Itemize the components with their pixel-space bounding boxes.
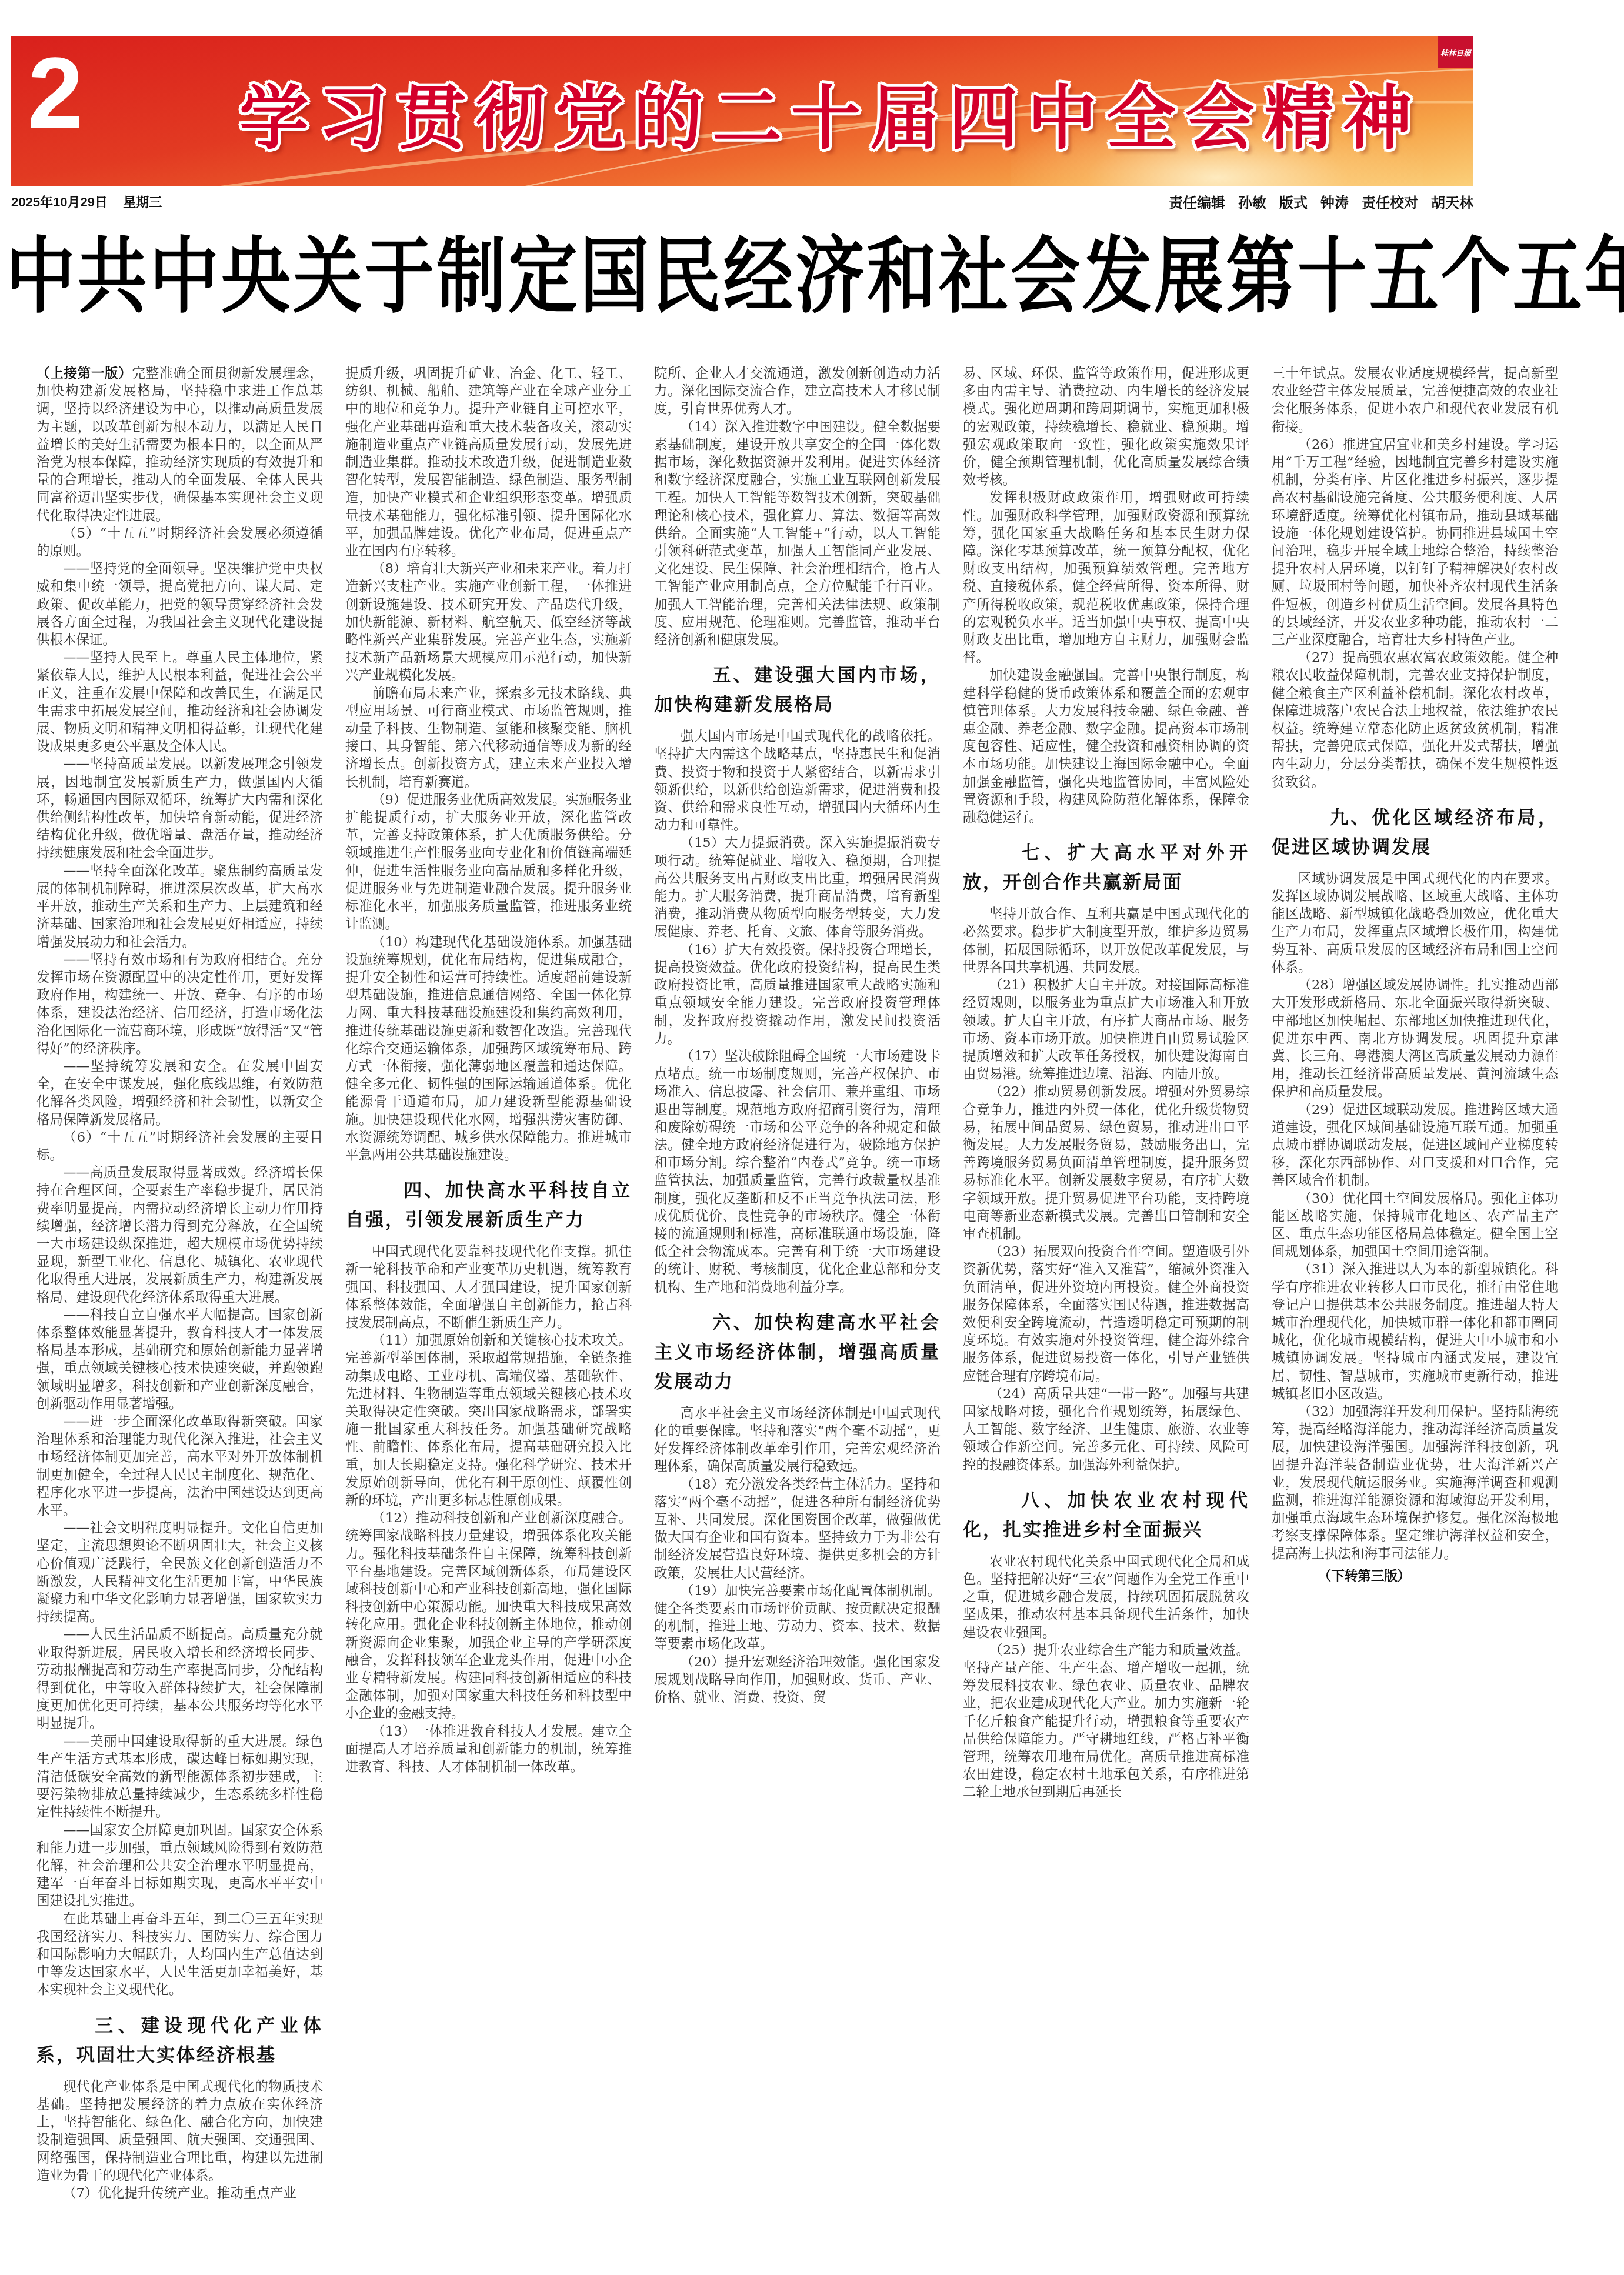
paragraph: （16）扩大有效投资。保持投资合理增长，提高投资效益。优化政府投资结构，提高民生… bbox=[654, 941, 941, 1048]
paragraph: （20）提升宏观经济治理效能。强化国家发展规划战略导向作用，加强财政、货币、产业… bbox=[654, 1653, 941, 1707]
paragraph: ——高质量发展取得显著成效。经济增长保持在合理区间，全要素生产率稳步提升，居民消… bbox=[36, 1164, 323, 1306]
continued-note: （下转第三版） bbox=[1272, 1567, 1558, 1585]
paragraph: （27）提高强农惠农富农政策效能。健全种粮农民收益保障机制，完善农业支持保护制度… bbox=[1272, 649, 1558, 791]
credit-name: 胡天林 bbox=[1431, 191, 1473, 212]
paragraph: （25）提升农业综合生产能力和质量效益。坚持产量产能、生产生态、增产增收一起抓，… bbox=[963, 1642, 1249, 1802]
editor-credits: 责任编辑 孙敏 版式 钟涛 责任校对 胡天林 bbox=[1169, 191, 1473, 212]
article-column: 院所、企业人才交流通道，激发创新创造动力活力。深化国际交流合作，建立高技术人才移… bbox=[654, 365, 941, 2264]
section-heading: 三、建设现代化产业体系，巩固壮大实体经济根基 bbox=[36, 2011, 323, 2070]
paragraph: ——坚持高质量发展。以新发展理念引领发展，因地制宜发展新质生产力，做强国内大循环… bbox=[36, 755, 323, 862]
section-heading: 五、建设强大国内市场，加快构建新发展格局 bbox=[654, 661, 941, 719]
paragraph: （13）一体推进教育科技人才发展。建立全面提高人才培养质量和创新能力的机制，统筹… bbox=[345, 1723, 632, 1776]
paragraph: 易、区域、环保、监管等政策作用，促进形成更多由内需主导、消费拉动、内生增长的经济… bbox=[963, 365, 1249, 489]
paragraph: 区域协调发展是中国式现代化的内在要求。发挥区域协调发展战略、区域重大战略、主体功… bbox=[1272, 870, 1558, 976]
issue-weekday: 星期三 bbox=[123, 195, 162, 209]
page-number: 2 bbox=[28, 44, 84, 144]
paragraph: （15）大力提振消费。深入实施提振消费专项行动。统筹促就业、增收入、稳预期，合理… bbox=[654, 834, 941, 940]
paragraph: （17）坚决破除阻碍全国统一大市场建设卡点堵点。统一市场制度规则，完善产权保护、… bbox=[654, 1048, 941, 1296]
paragraph: （32）加强海洋开发利用保护。坚持陆海统筹，提高经略海洋能力，推动海洋经济高质量… bbox=[1272, 1403, 1558, 1563]
paragraph: ——社会文明程度明显提升。文化自信更加坚定，主流思想舆论不断巩固壮大，社会主义核… bbox=[36, 1519, 323, 1626]
section-heading: 四、加快高水平科技自立自强，引领发展新质生产力 bbox=[345, 1176, 632, 1235]
masthead-logo: 桂林日报 bbox=[1438, 36, 1473, 68]
section-heading: 八、加快农业农村现代化，扎实推进乡村全面振兴 bbox=[963, 1486, 1249, 1545]
paragraph: 强大国内市场是中国式现代化的战略依托。坚持扩大内需这个战略基点，坚持惠民生和促消… bbox=[654, 728, 941, 834]
paragraph: （23）拓展双向投资合作空间。塑造吸引外资新优势，落实好“准入又准营”，缩减外资… bbox=[963, 1243, 1249, 1385]
paragraph: （上接第一版）完整准确全面贯彻新发展理念，加快构建新发展格局，坚持稳中求进工作总… bbox=[36, 365, 323, 525]
paragraph: 院所、企业人才交流通道，激发创新创造动力活力。深化国际交流合作，建立高技术人才移… bbox=[654, 365, 941, 418]
paragraph: ——坚持党的全面领导。坚决维护党中央权威和集中统一领导，提高党把方向、谋大局、定… bbox=[36, 560, 323, 649]
paragraph: （5）“十五五”时期经济社会发展必须遵循的原则。 bbox=[36, 525, 323, 560]
paragraph: ——坚持有效市场和有为政府相结合。充分发挥市场在资源配置中的决定性作用，更好发挥… bbox=[36, 951, 323, 1058]
paragraph: ——科技自立自强水平大幅提高。国家创新体系整体效能显著提升，教育科技人才一体发展… bbox=[36, 1306, 323, 1413]
paragraph: 前瞻布局未来产业，探索多元技术路线、典型应用场景、可行商业模式、市场监管规则，推… bbox=[345, 685, 632, 791]
article-column: 易、区域、环保、监管等政策作用，促进形成更多由内需主导、消费拉动、内生增长的经济… bbox=[963, 365, 1249, 2264]
issue-date: 2025年10月29日 bbox=[11, 195, 108, 209]
paragraph: （31）深入推进以人为本的新型城镇化。科学有序推进农业转移人口市民化，推行由常住… bbox=[1272, 1260, 1558, 1403]
paragraph: 现代化产业体系是中国式现代化的物质技术基础。坚持把发展经济的着力点放在实体经济上… bbox=[36, 2078, 323, 2184]
paragraph: 高水平社会主义市场经济体制是中国式现代化的重要保障。坚持和落实“两个毫不动摇”，… bbox=[654, 1405, 941, 1476]
paragraph: ——美丽中国建设取得新的重大进展。绿色生产生活方式基本形成，碳达峰目标如期实现，… bbox=[36, 1733, 323, 1822]
article-headline: 中共中央关于制定国民经济和社会发展第十五个五年规划的建议 bbox=[6, 235, 1624, 317]
paragraph: （19）加快完善要素市场化配置体制机制。健全各类要素由市场评价贡献、按贡献决定报… bbox=[654, 1582, 941, 1653]
paragraph: （26）推进宜居宜业和美乡村建设。学习运用“千万工程”经验，因地制宜完善乡村建设… bbox=[1272, 436, 1558, 649]
paragraph: 坚持开放合作、互利共赢是中国式现代化的必然要求。稳步扩大制度型开放，维护多边贸易… bbox=[963, 905, 1249, 976]
paragraph: （10）构建现代化基础设施体系。加强基础设施统筹规划，优化布局结构，促进集成融合… bbox=[345, 933, 632, 1165]
paragraph: 提质升级，巩固提升矿业、冶金、化工、轻工、纺织、机械、船舶、建筑等产业在全球产业… bbox=[345, 365, 632, 560]
credit-name: 钟涛 bbox=[1320, 191, 1349, 212]
section-title: 学习贯彻党的二十届四中全会精神 bbox=[239, 84, 1422, 153]
credit-role: 责任编辑 bbox=[1169, 191, 1225, 212]
paragraph: ——进一步全面深化改革取得新突破。国家治理体系和治理能力现代化深入推进，社会主义… bbox=[36, 1413, 323, 1519]
credit-name: 孙敏 bbox=[1238, 191, 1266, 212]
article-body: （上接第一版）完整准确全面贯彻新发展理念，加快构建新发展格局，坚持稳中求进工作总… bbox=[36, 365, 1578, 2264]
section-heading: 七、扩大高水平对外开放，开创合作共赢新局面 bbox=[963, 838, 1249, 897]
credit-role: 版式 bbox=[1279, 191, 1308, 212]
paragraph: （22）推动贸易创新发展。增强对外贸易综合竞争力，推进内外贸一体化，优化升级货物… bbox=[963, 1083, 1249, 1243]
article-column: 提质升级，巩固提升矿业、冶金、化工、轻工、纺织、机械、船舶、建筑等产业在全球产业… bbox=[345, 365, 632, 2264]
paragraph: 发挥积极财政政策作用，增强财政可持续性。加强财政科学管理，加强财政资源和预算统筹… bbox=[963, 489, 1249, 666]
paragraph: 三十年试点。发展农业适度规模经营，提高新型农业经营主体发展质量，完善便捷高效的农… bbox=[1272, 365, 1558, 436]
paragraph: （28）增强区域发展协调性。扎实推动西部大开发形成新格局、东北全面振兴取得新突破… bbox=[1272, 976, 1558, 1100]
dateline: 2025年10月29日 星期三 bbox=[11, 192, 162, 211]
paragraph: （24）高质量共建“一带一路”。加强与共建国家战略对接，强化合作规划统筹，拓展绿… bbox=[963, 1385, 1249, 1474]
paragraph: （9）促进服务业优质高效发展。实施服务业扩能提质行动，扩大服务业开放，深化监管改… bbox=[345, 791, 632, 933]
paragraph: （30）优化国土空间发展格局。强化主体功能区战略实施，保持城市化地区、农产品主产… bbox=[1272, 1190, 1558, 1261]
paragraph: （7）优化提升传统产业。推动重点产业 bbox=[36, 2184, 323, 2202]
credit-role: 责任校对 bbox=[1362, 191, 1418, 212]
continued-from-note: （上接第一版） bbox=[36, 366, 132, 381]
paragraph: （18）充分激发各类经营主体活力。坚持和落实“两个毫不动摇”，促进各种所有制经济… bbox=[654, 1476, 941, 1582]
paragraph: ——人民生活品质不断提高。高质量充分就业取得新进展，居民收入增长和经济增长同步、… bbox=[36, 1626, 323, 1732]
paragraph: （29）促进区域联动发展。推进跨区域大通道建设，强化区域间基础设施互联互通。加强… bbox=[1272, 1101, 1558, 1190]
paragraph: ——坚持人民至上。尊重人民主体地位，紧紧依靠人民，维护人民根本利益，促进社会公平… bbox=[36, 649, 323, 755]
paragraph: ——坚持统筹发展和安全。在发展中固安全，在安全中谋发展，强化底线思维，有效防范化… bbox=[36, 1058, 323, 1129]
paragraph: （21）积极扩大自主开放。对接国际高标准经贸规则，以服务业为重点扩大市场准入和开… bbox=[963, 976, 1249, 1083]
paragraph: （6）“十五五”时期经济社会发展的主要目标。 bbox=[36, 1129, 323, 1164]
paragraph: （8）培育壮大新兴产业和未来产业。着力打造新兴支柱产业。实施产业创新工程，一体推… bbox=[345, 560, 632, 684]
paragraph: 农业农村现代化关系中国式现代化全局和成色。坚持把解决好“三农”问题作为全党工作重… bbox=[963, 1553, 1249, 1642]
paragraph: 中国式现代化要靠科技现代化作支撑。抓住新一轮科技革命和产业变革历史机遇，统筹教育… bbox=[345, 1243, 632, 1332]
paragraph: ——坚持全面深化改革。聚焦制约高质量发展的体制机制障碍，推进深层次改革，扩大高水… bbox=[36, 862, 323, 951]
paragraph: ——国家安全屏障更加巩固。国家安全体系和能力进一步加强，重点领域风险得到有效防范… bbox=[36, 1822, 323, 1910]
paragraph: （14）深入推进数字中国建设。健全数据要素基础制度，建设开放共享安全的全国一体化… bbox=[654, 418, 941, 649]
masthead-text: 桂林日报 bbox=[1440, 47, 1471, 58]
paragraph: 加快建设金融强国。完善中央银行制度，构建科学稳健的货币政策体系和覆盖全面的宏观审… bbox=[963, 666, 1249, 826]
section-heading: 六、加快构建高水平社会主义市场经济体制，增强高质量发展动力 bbox=[654, 1308, 941, 1396]
paragraph: （12）推动科技创新和产业创新深度融合。统筹国家战略科技力量建设，增强体系化攻关… bbox=[345, 1509, 632, 1722]
paragraph: 在此基础上再奋斗五年，到二〇三五年实现我国经济实力、科技实力、国防实力、综合国力… bbox=[36, 1910, 323, 1999]
article-column: （上接第一版）完整准确全面贯彻新发展理念，加快构建新发展格局，坚持稳中求进工作总… bbox=[36, 365, 323, 2264]
paragraph: （11）加强原始创新和关键核心技术攻关。完善新型举国体制，采取超常规措施，全链条… bbox=[345, 1332, 632, 1509]
section-heading: 九、优化区域经济布局，促进区域协调发展 bbox=[1272, 803, 1558, 862]
section-banner: 2 学习贯彻党的二十届四中全会精神 bbox=[11, 36, 1473, 186]
article-column: 三十年试点。发展农业适度规模经营，提高新型农业经营主体发展质量，完善便捷高效的农… bbox=[1272, 365, 1558, 2264]
